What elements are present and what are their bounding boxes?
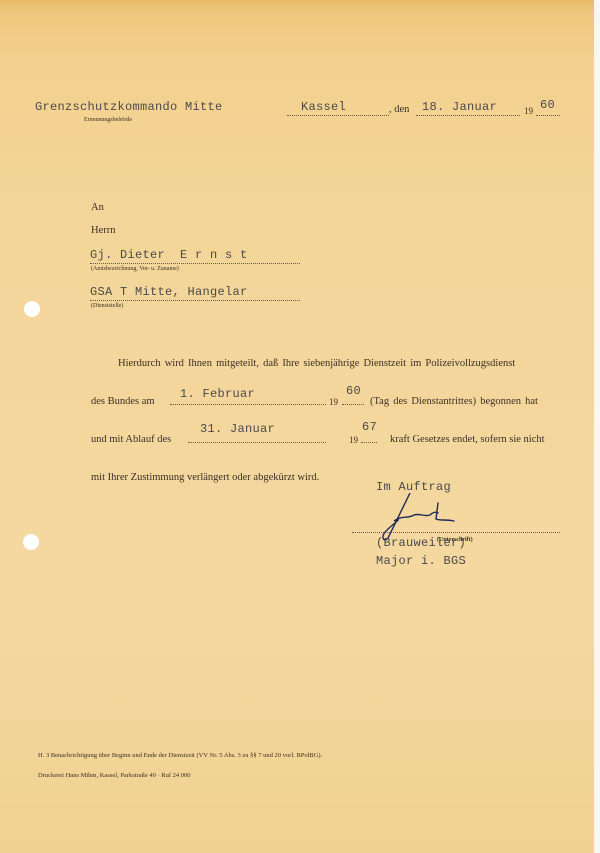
an-label: An [91, 202, 104, 213]
issuing-authority-label: Ernennungsbehörde [84, 117, 132, 123]
date-field: 18. Januar [416, 100, 520, 116]
start-year-value: 60 [346, 384, 361, 398]
punch-hole-top [24, 301, 40, 317]
recipient-unit: GSA T Mitte, Hangelar [90, 285, 248, 299]
body-line-3-prefix: und mit Ablauf des [91, 434, 171, 445]
start-year-prefix: 19 [329, 397, 338, 407]
recipient-name-label: (Amtsbezeichnung, Vor- u. Zuname) [91, 266, 179, 272]
start-year-field: 60 [342, 390, 364, 405]
recipient-unit-label: (Dienststelle) [91, 303, 123, 309]
herrn-label: Herrn [91, 225, 116, 236]
signatory-name: (Brauweiler) [376, 536, 466, 550]
issuing-authority: Grenzschutzkommando Mitte [35, 100, 223, 114]
date-value: 18. Januar [422, 100, 497, 114]
body-line-2-prefix: des Bundes am [91, 396, 155, 407]
im-auftrag: Im Auftrag [376, 480, 451, 494]
end-year-value: 67 [362, 420, 377, 434]
year-prefix: 19 [524, 106, 533, 116]
end-year-prefix: 19 [349, 435, 358, 445]
recipient-unit-field: GSA T Mitte, Hangelar [90, 285, 300, 301]
end-date-value: 31. Januar [200, 422, 275, 436]
signature-line [352, 532, 560, 533]
signatory-rank: Major i. BGS [376, 554, 466, 568]
body-line-3-suffix: kraft Gesetzes endet, sofern sie nicht [390, 434, 545, 445]
recipient-name-field: Gj. Dieter E r n s t [90, 248, 300, 264]
start-date-field: 1. Februar [170, 390, 326, 405]
year-value: 60 [540, 98, 555, 112]
punch-hole-bottom [23, 534, 39, 550]
end-year-field: 67 [361, 428, 377, 443]
start-date-value: 1. Februar [180, 387, 255, 401]
paper-edge [594, 0, 600, 853]
paper-top-shade [0, 0, 600, 12]
end-date-field: 31. Januar [188, 428, 326, 443]
place-field: Kassel [287, 100, 389, 116]
place-value: Kassel [301, 100, 346, 114]
body-line-2-suffix: (Tag des Dienstantrittes) begonnen hat [370, 396, 538, 407]
body-line-4: mit Ihrer Zustimmung verlängert oder abg… [91, 472, 319, 483]
year-field: 60 [536, 100, 560, 116]
form-reference: H. 3 Benachrichtigung über Beginn und En… [38, 752, 322, 759]
printer-imprint: Druckerei Hans Mihm, Kassel, Parkstraße … [38, 772, 191, 779]
den-label: , den [389, 104, 409, 115]
body-line-1: Hierdurch wird Ihnen mitgeteilt, daß Ihr… [118, 358, 515, 369]
recipient-name: Gj. Dieter E r n s t [90, 248, 248, 262]
